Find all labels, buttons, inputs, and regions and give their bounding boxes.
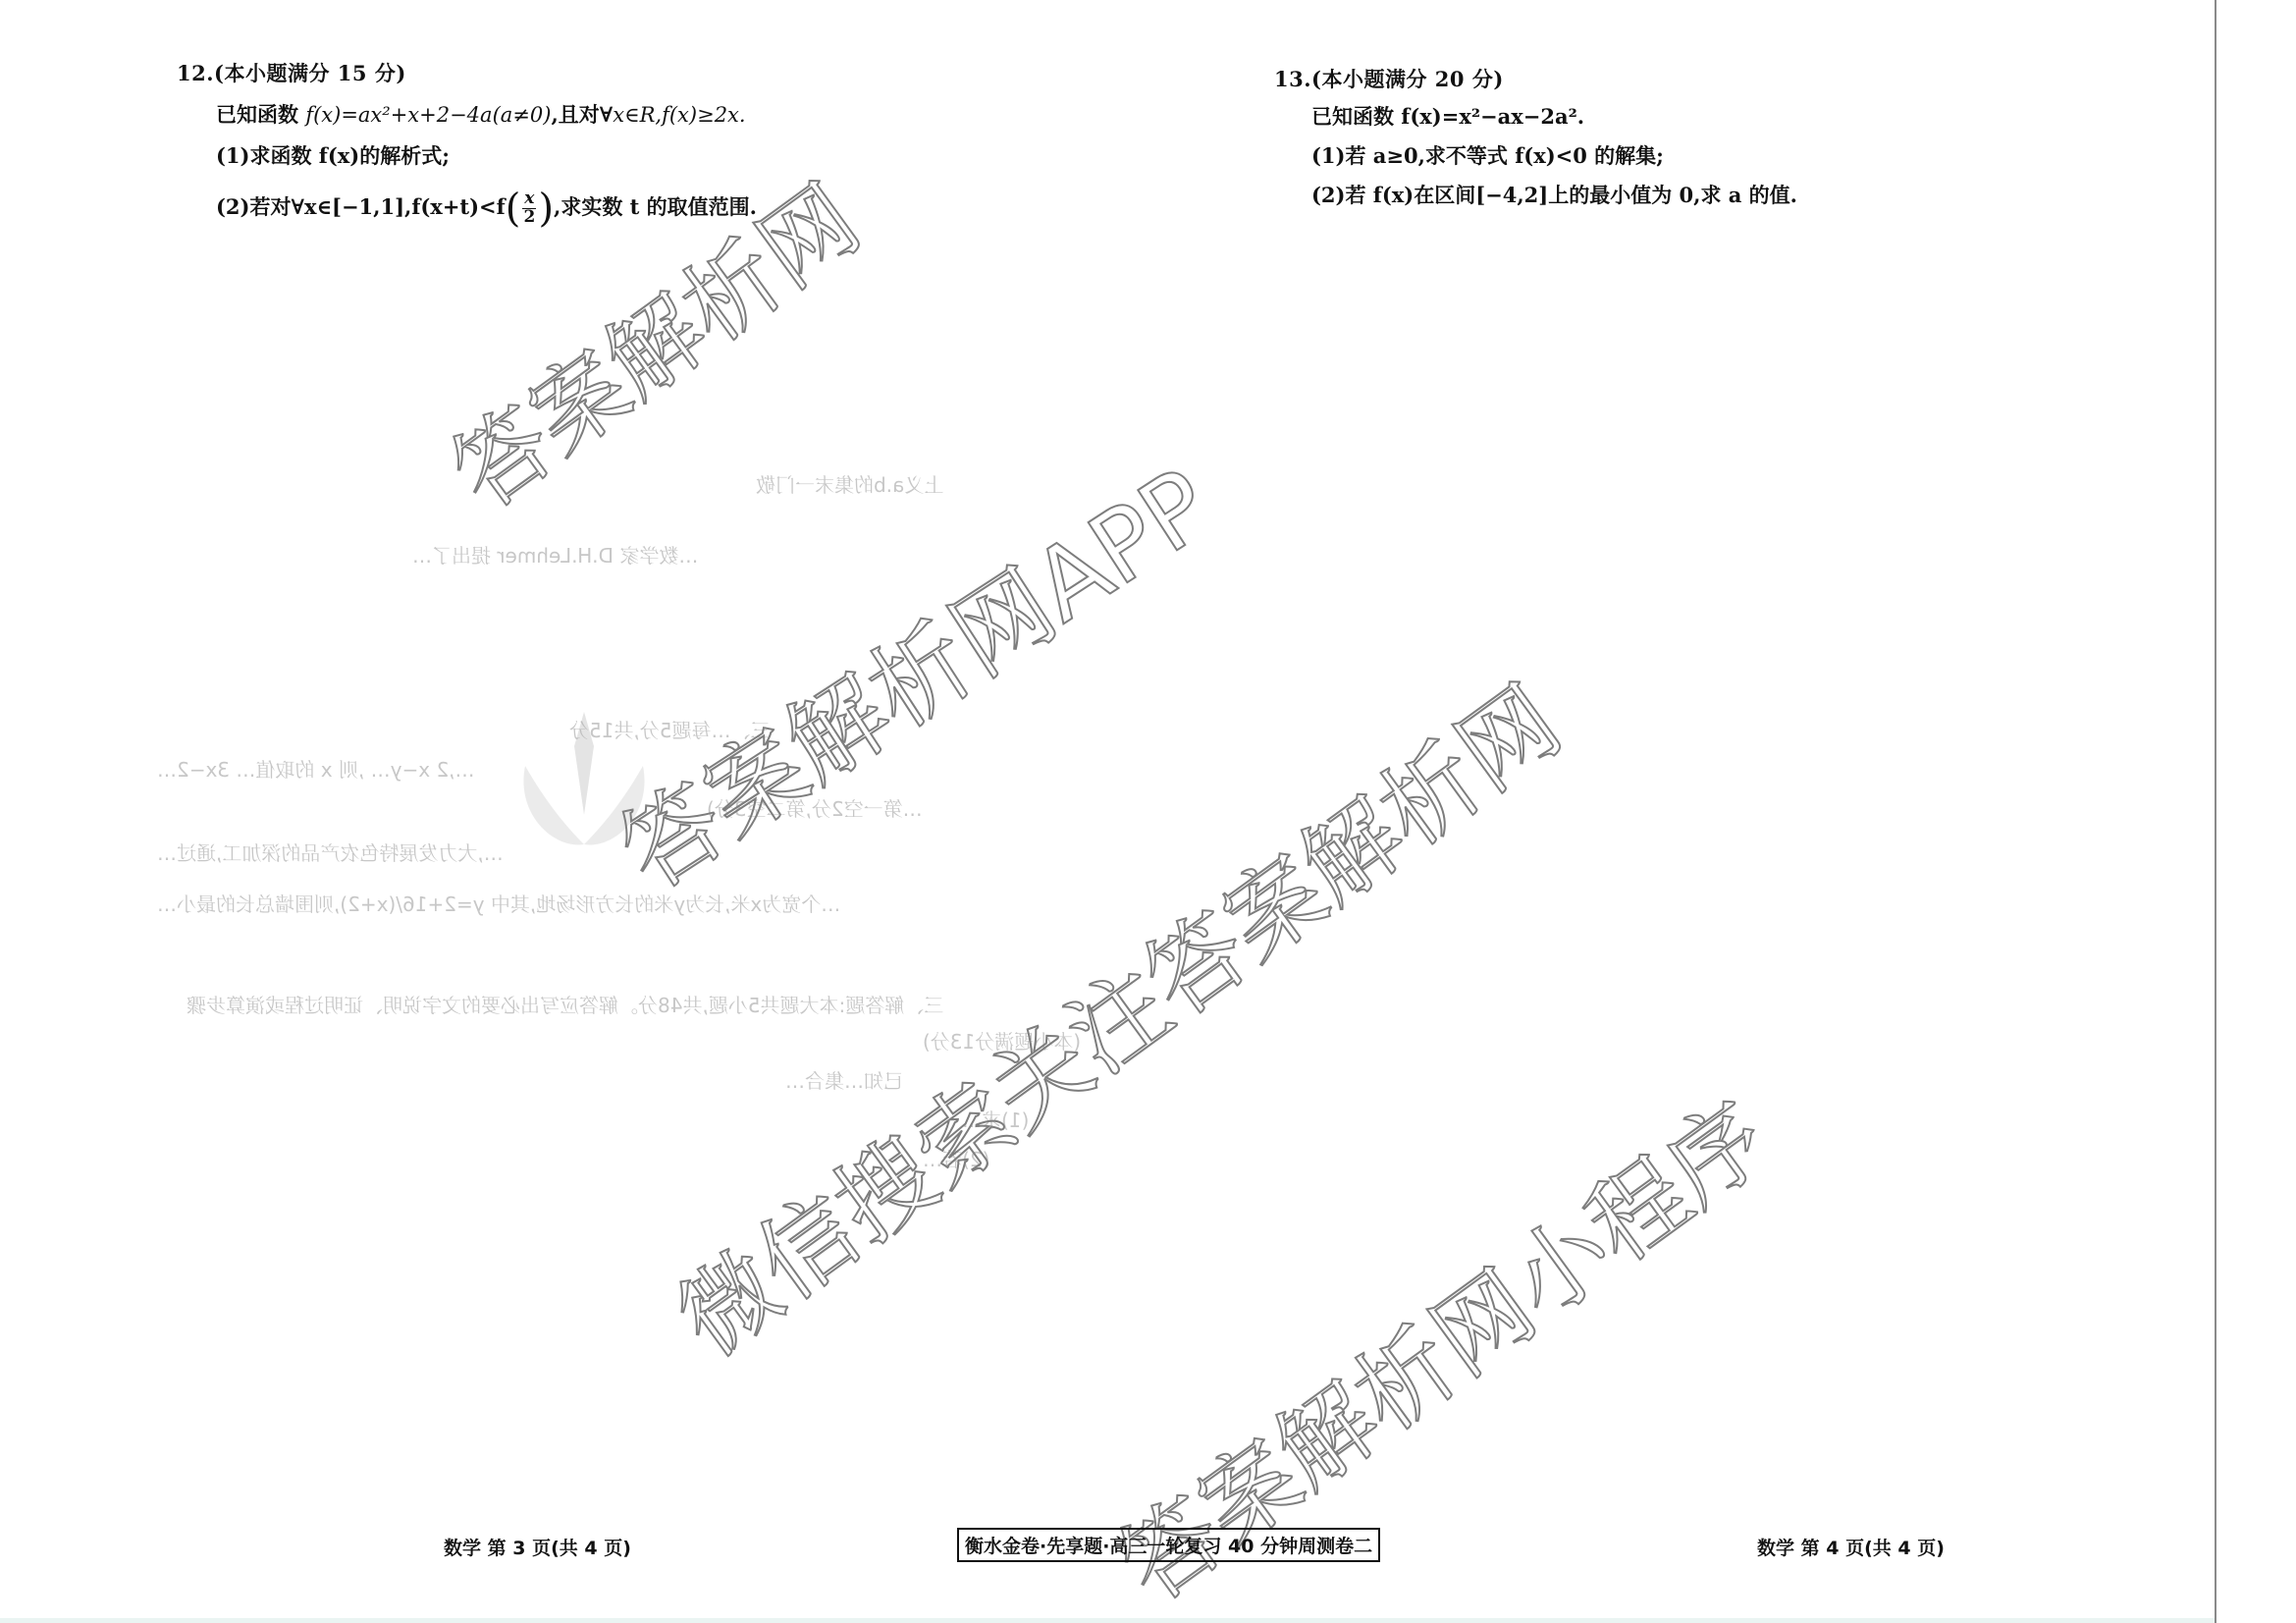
question-12-stem: 已知函数 f(x)=ax²+x+2−4a(a≠0),且对∀x∈R,f(x)≥2x… bbox=[216, 104, 746, 126]
bleed-line: …个宽为x米,长为y米的长方形场地,其中 y=2+16/(x+2),则围墙总长的… bbox=[157, 889, 840, 917]
bleed-line: …数学家 D.H.Lehmer 提出了… bbox=[412, 540, 698, 568]
question-12-part-2: (2)若对∀x∈[−1,1],f(x+t)<f(x2),求实数 t 的取值范围. bbox=[216, 190, 757, 227]
question-12: 12.(本小题满分 15 分) 已知函数 f(x)=ax²+x+2−4a(a≠0… bbox=[177, 63, 1060, 240]
paren-left: ( bbox=[506, 186, 521, 231]
bleed-line: …,大力发展特色农产品的深加工,通过… bbox=[157, 838, 504, 866]
question-13-stem: 已知函数 f(x)=x²−ax−2a². bbox=[1311, 106, 1584, 127]
footer-page-number-left: 数学 第 3 页(共 4 页) bbox=[444, 1534, 631, 1560]
question-12-header: 12.(本小题满分 15 分) bbox=[177, 63, 406, 83]
question-13-header: 13.(本小题满分 20 分) bbox=[1274, 69, 1504, 89]
stem-text: ,且对∀ bbox=[551, 102, 613, 127]
question-12-part-1: (1)求函数 f(x)的解析式; bbox=[216, 145, 450, 166]
watermark: 答案解析网APP bbox=[590, 428, 1234, 915]
paren-right: ) bbox=[538, 186, 554, 231]
footer-page-number-right: 数学 第 4 页(共 4 页) bbox=[1757, 1534, 1945, 1560]
question-13: 13.(本小题满分 20 分) 已知函数 f(x)=x²−ax−2a². (1)… bbox=[1274, 69, 1961, 226]
part-2-text: (2)若对∀x∈[−1,1],f(x+t)<f bbox=[216, 194, 506, 219]
question-13-part-2: (2)若 f(x)在区间[−4,2]上的最小值为 0,求 a 的值. bbox=[1311, 185, 1797, 205]
bleed-line: 上义a.b的集末一门敬 bbox=[756, 469, 943, 498]
bleed-line: 三、解答题:本大题共5小题,共48分。解答应写出必要的文字说明、证明过程或演算步… bbox=[187, 990, 943, 1018]
fraction-denominator: 2 bbox=[522, 209, 536, 227]
page-bottom-edge bbox=[0, 1618, 2215, 1623]
fraction: x2 bbox=[522, 190, 536, 227]
question-13-part-1: (1)若 a≥0,求不等式 f(x)<0 的解集; bbox=[1311, 145, 1664, 166]
stem-formula: f(x)=ax²+x+2−4a(a≠0) bbox=[305, 103, 551, 127]
page-edge-line bbox=[2215, 0, 2216, 1623]
bleed-line: 已知…集合… bbox=[785, 1065, 903, 1094]
stem-condition: x∈R,f(x)≥2x. bbox=[613, 103, 745, 127]
bleed-line: …,2 x−y… ,则 x 的取值… 3x−2… bbox=[157, 754, 475, 783]
footer-exam-title: 衡水金卷·先享题·高三一轮复习 40 分钟周测卷二 bbox=[957, 1528, 1380, 1562]
stem-text: 已知函数 bbox=[216, 102, 305, 127]
